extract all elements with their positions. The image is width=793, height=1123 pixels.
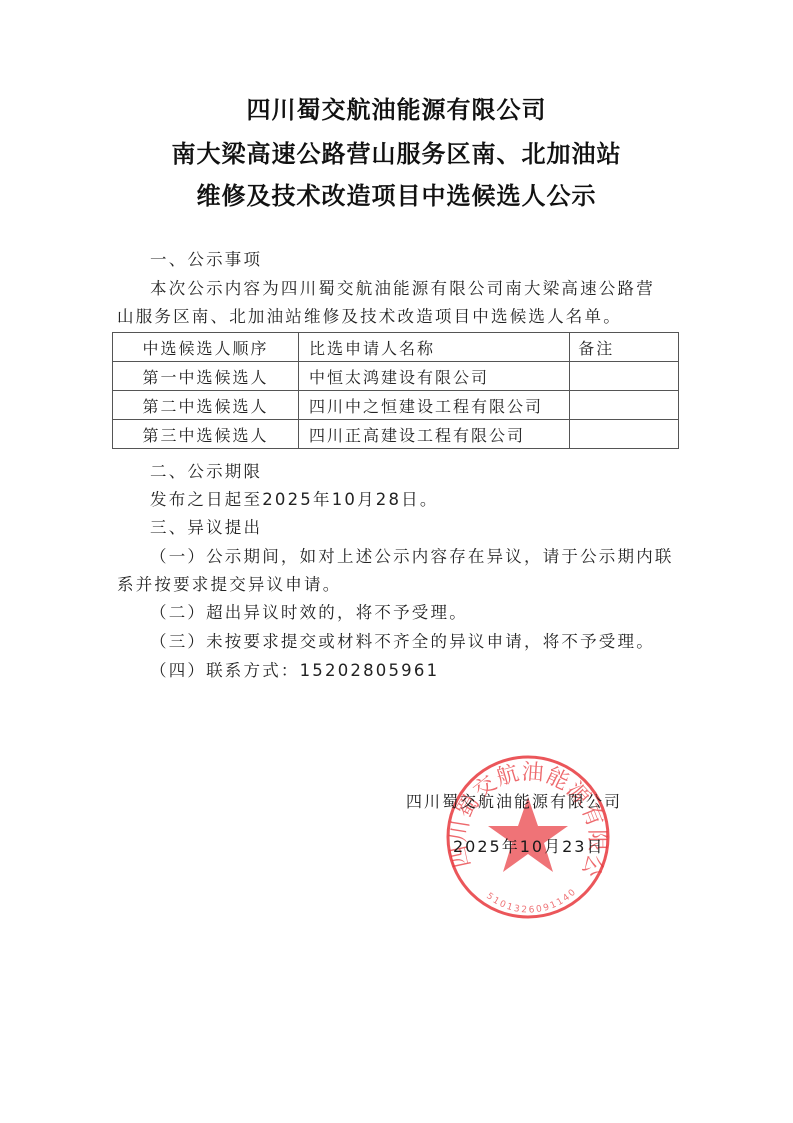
signature-company: 四川蜀交航油能源有限公司 bbox=[406, 789, 622, 812]
section3-item1-line1: （一）公示期间，如对上述公示内容存在异议，请于公示期内联 bbox=[150, 547, 674, 567]
section2-heading: 二、公示期限 bbox=[150, 462, 262, 482]
section1-heading: 一、公示事项 bbox=[150, 250, 262, 270]
section3-item3: （三）未按要求提交或材料不齐全的异议申请，将不予受理。 bbox=[150, 632, 655, 652]
cell-rank: 第二中选候选人 bbox=[113, 391, 299, 420]
section3-item2: （二）超出异议时效的，将不予受理。 bbox=[150, 603, 468, 623]
section1-body-line2: 山服务区南、北加油站维修及技术改造项目中选候选人名单。 bbox=[117, 307, 622, 327]
section3-item4: （四）联系方式：15202805961 bbox=[150, 661, 439, 681]
document-page: 四川蜀交航油能源有限公司 南大梁高速公路营山服务区南、北加油站 维修及技术改造项… bbox=[0, 0, 793, 1123]
table-row: 第三中选候选人 四川正高建设工程有限公司 bbox=[113, 420, 679, 449]
cell-note bbox=[570, 362, 679, 391]
cell-name: 四川中之恒建设工程有限公司 bbox=[299, 391, 570, 420]
section3-heading: 三、异议提出 bbox=[150, 518, 262, 538]
title-line-1: 四川蜀交航油能源有限公司 bbox=[0, 90, 793, 125]
cell-name: 中恒太鸿建设有限公司 bbox=[299, 362, 570, 391]
title-line-2: 南大梁高速公路营山服务区南、北加油站 bbox=[0, 134, 793, 169]
table-row: 第一中选候选人 中恒太鸿建设有限公司 bbox=[113, 362, 679, 391]
header-rank: 中选候选人顺序 bbox=[113, 333, 299, 362]
header-name: 比选申请人名称 bbox=[299, 333, 570, 362]
title-line-3: 维修及技术改造项目中选候选人公示 bbox=[0, 176, 793, 211]
table-header-row: 中选候选人顺序 比选申请人名称 备注 bbox=[113, 333, 679, 362]
section2-body: 发布之日起至2025年10月28日。 bbox=[150, 490, 439, 510]
cell-rank: 第一中选候选人 bbox=[113, 362, 299, 391]
section3-item1-line2: 系并按要求提交异议申请。 bbox=[117, 575, 341, 595]
table-row: 第二中选候选人 四川中之恒建设工程有限公司 bbox=[113, 391, 679, 420]
cell-note bbox=[570, 420, 679, 449]
cell-rank: 第三中选候选人 bbox=[113, 420, 299, 449]
header-note: 备注 bbox=[570, 333, 679, 362]
cell-note bbox=[570, 391, 679, 420]
candidates-table: 中选候选人顺序 比选申请人名称 备注 第一中选候选人 中恒太鸿建设有限公司 第二… bbox=[112, 332, 679, 449]
section1-body-line1: 本次公示内容为四川蜀交航油能源有限公司南大梁高速公路营 bbox=[150, 279, 655, 299]
cell-name: 四川正高建设工程有限公司 bbox=[299, 420, 570, 449]
signature-date: 2025年10月23日 bbox=[453, 834, 604, 857]
